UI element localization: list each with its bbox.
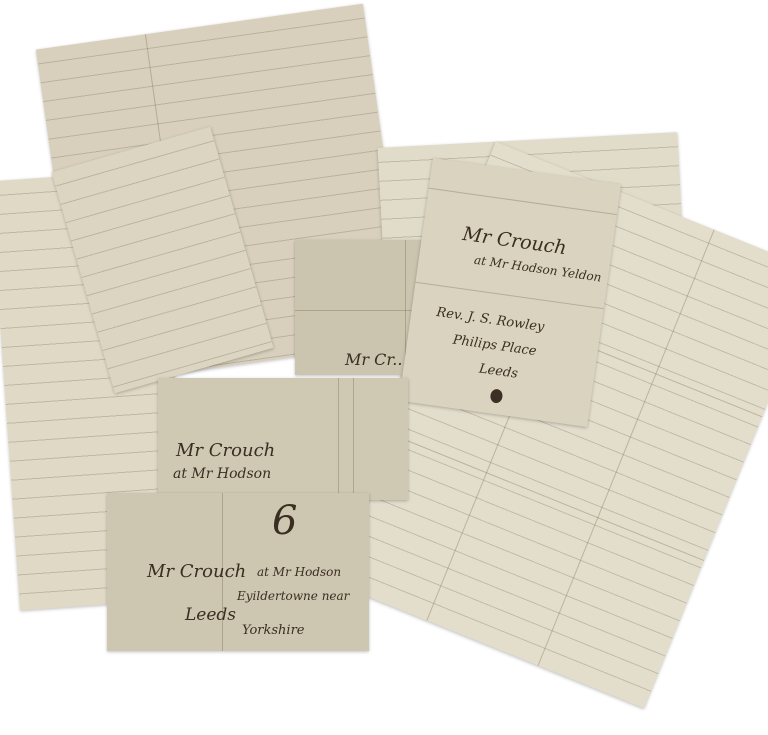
envelope-right: Mr Crouch at Mr Hodson Yeldon Rev. J. S.… [399, 158, 621, 427]
wax-seal [490, 388, 504, 404]
envelope-middle: Mr Crouch at Mr Hodson [158, 378, 408, 500]
envelope-bottom-left: 6 Mr Crouch at Mr Hodson Eyildertowne ne… [107, 493, 369, 651]
